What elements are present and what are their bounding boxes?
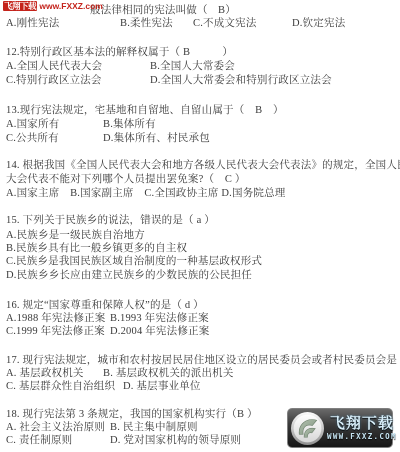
bottom-watermark-url: WWW.FXXZ.COM	[327, 432, 397, 441]
question-line: A.1988 年宪法修正案B.1993 年宪法修正案	[0, 310, 400, 323]
question-line: C.公共所有D.集体所有、村民承包	[0, 130, 400, 143]
option-d: D.2004 年宪法修正案	[110, 323, 209, 338]
question-line: 15. 下列关于民族乡的说法，错误的是（ a ）	[0, 212, 400, 225]
option-d: D.全国人大常委会和特别行政区立法会	[150, 72, 332, 87]
question-stem: 15. 下列关于民族乡的说法，错误的是（ a ）	[6, 212, 215, 227]
question-line: A.全国人民代表大会B.全国人大常委会	[0, 58, 400, 71]
option-d: D. 基层事业单位	[123, 378, 201, 393]
bottom-watermark-text: 飞翔下载 WWW.FXXZ.COM	[327, 416, 397, 441]
option-c: C.1999 年宪法修正案	[6, 323, 105, 338]
option-c: C.公共所有	[6, 130, 59, 145]
exam-page: 般法律相同的宪法叫做（B）A.刚性宪法B.柔性宪法C.不成文宪法D.钦定宪法12…	[0, 0, 400, 452]
top-watermark-brand: 飞翔下载	[3, 1, 37, 11]
question-stem: 12.特别行政区基本法的解释权属于（ B ）	[6, 44, 233, 59]
option-b: B.柔性宪法	[120, 15, 173, 30]
question-line: 13.现行宪法规定，宅基地和自留地、自留山属于（ B ）	[0, 102, 400, 115]
option-a: A.刚性宪法	[6, 15, 59, 30]
option-c: C.不成文宪法	[193, 15, 257, 30]
question-line: 12.特别行政区基本法的解释权属于（ B ）	[0, 44, 400, 57]
question-line: B.民族乡具有比一般乡镇更多的自主权	[0, 240, 400, 253]
question-line: C.民族乡是我国民族区域自治制度的一种基层政权形式	[0, 253, 400, 266]
question-line: 17. 现行宪法规定，城市和农村按居民居住地区设立的居民委员会或者村民委员会是（…	[0, 352, 400, 365]
question-line: 16. 规定“国家尊重和保障人权”的是（ d ）	[0, 297, 400, 310]
question-line: A.国家主席 B.国家副主席 C.全国政协主席 D.国务院总理	[0, 185, 400, 198]
question-line: A.刚性宪法B.柔性宪法C.不成文宪法D.钦定宪法	[0, 15, 400, 28]
option-c: C.民族乡是我国民族区域自治制度的一种基层政权形式	[6, 253, 262, 268]
flying-f-icon	[290, 411, 325, 446]
question-line: 14. 根据我国《全国人民代表大会和地方各级人民代表大会代表法》的规定，全国人民…	[0, 157, 400, 170]
bottom-watermark-logo: 飞翔下载 WWW.FXXZ.COM	[287, 408, 393, 448]
top-watermark-url: www.FXXZ.com	[37, 1, 103, 11]
question-line: A.民族乡是一级民族自治地方	[0, 227, 400, 240]
option-a: A.国家所有	[6, 116, 59, 131]
question-line: A.国家所有B.集体所有	[0, 116, 400, 129]
question-line: C.特别行政区立法会D.全国人大常委会和特别行政区立法会	[0, 72, 400, 85]
question-line: 大会代表不能对下列哪个人员提出罢免案?（ C ）	[0, 171, 400, 184]
question-stem: 13.现行宪法规定，宅基地和自留地、自留山属于（ B ）	[6, 102, 284, 117]
question-list: 般法律相同的宪法叫做（B）A.刚性宪法B.柔性宪法C.不成文宪法D.钦定宪法12…	[0, 0, 400, 452]
option-d: D.钦定宪法	[292, 15, 345, 30]
option-d: D.集体所有、村民承包	[103, 130, 210, 145]
option-a: A.全国人民代表大会	[6, 58, 102, 73]
option-c: C.特别行政区立法会	[6, 72, 102, 87]
options-row: A.国家主席 B.国家副主席 C.全国政协主席 D.国务院总理	[6, 185, 286, 200]
question-stem-cont: 大会代表不能对下列哪个人员提出罢免案?（ C ）	[6, 171, 246, 186]
option-c: C. 基层群众性自治组织	[6, 378, 115, 393]
option-d: D. 党对国家机构的领导原则	[110, 432, 241, 447]
question-line: A. 基层政权机关B. 基层政权机关的派出机关	[0, 365, 400, 378]
question-line: C.1999 年宪法修正案D.2004 年宪法修正案	[0, 323, 400, 336]
bottom-watermark-brand: 飞翔下载	[330, 416, 394, 432]
option-c: C. 责任制原则	[6, 432, 72, 447]
option-b: B.全国人大常委会	[150, 58, 235, 73]
question-line: D.民族乡乡长应由建立民族乡的少数民族的公民担任	[0, 267, 400, 280]
option-d: D.民族乡乡长应由建立民族乡的少数民族的公民担任	[6, 267, 252, 282]
question-stem: 14. 根据我国《全国人民代表大会和地方各级人民代表大会代表法》的规定，全国人民…	[6, 157, 400, 172]
top-watermark: 飞翔下载 www.FXXZ.com	[3, 1, 103, 12]
question-line: C. 基层群众性自治组织D. 基层事业单位	[0, 378, 400, 391]
option-b: B.集体所有	[103, 116, 156, 131]
